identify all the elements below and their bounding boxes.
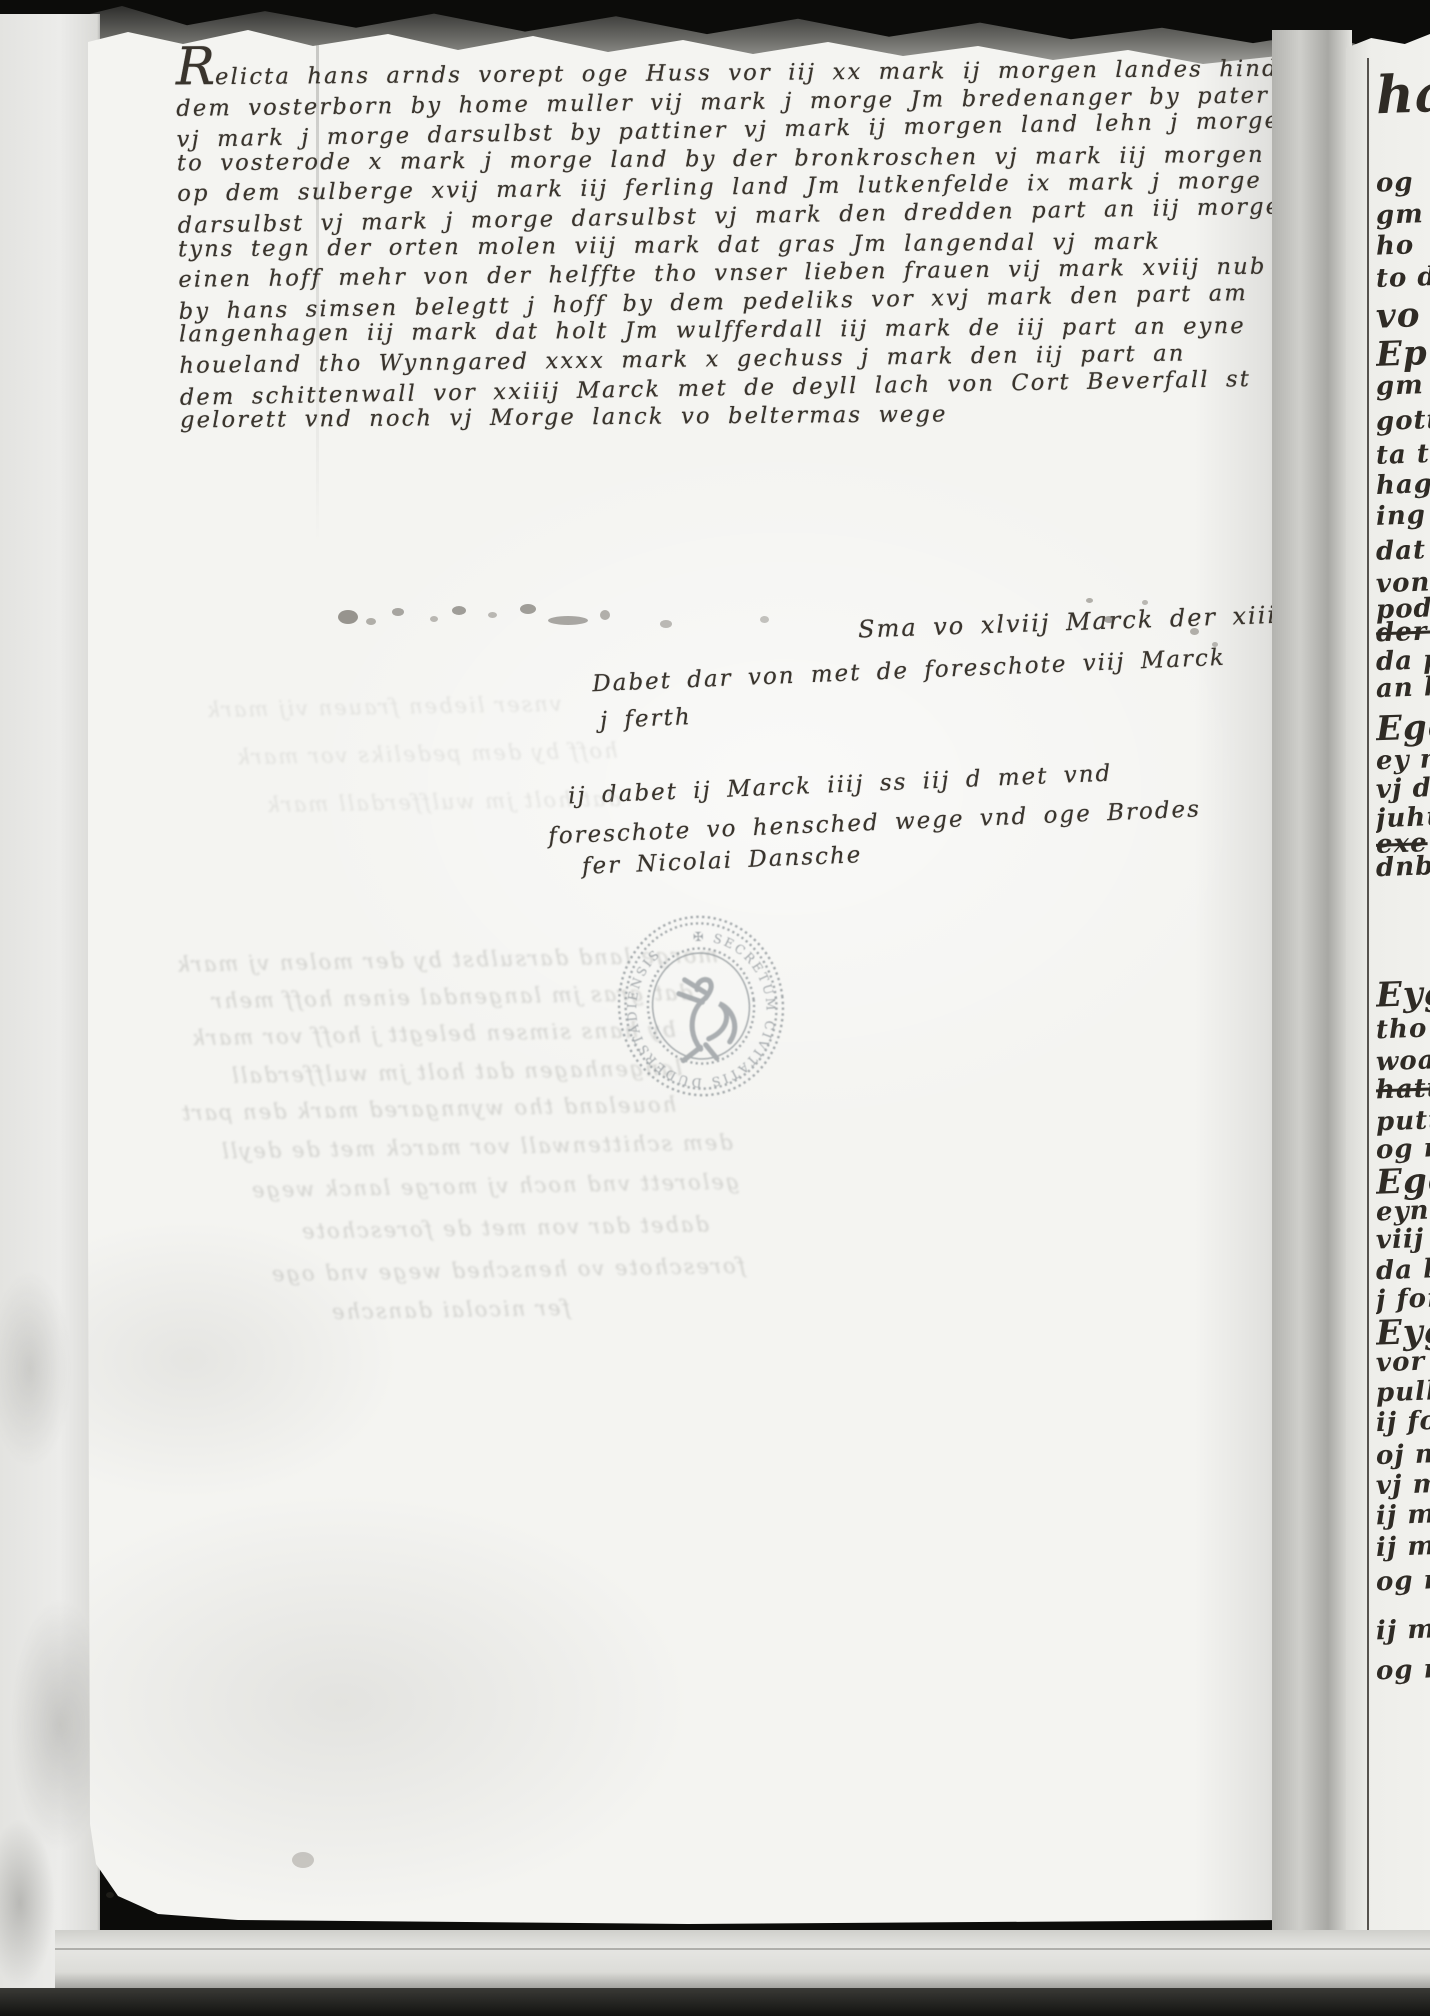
next-folio-line: og m — [1376, 1565, 1430, 1598]
next-folio-line: og — [1376, 167, 1414, 198]
next-folio-line: hag — [1376, 469, 1430, 501]
ink-blob — [1086, 598, 1093, 603]
next-folio-line: vj m — [1376, 1469, 1430, 1501]
next-folio-line: ha — [1376, 63, 1430, 127]
ink-blob — [430, 616, 438, 622]
next-folio-line: pulla — [1376, 1376, 1430, 1409]
bottom-black-edge — [0, 1988, 1430, 2016]
next-folio-line: ij m — [1376, 1531, 1430, 1563]
ink-blob — [452, 606, 466, 615]
bottom-leaf-edges — [55, 1930, 1430, 1990]
bleedthrough-line: fer nicolai dansche — [330, 1296, 571, 1324]
next-folio-line: hatte — [1376, 1073, 1430, 1106]
ink-blob — [548, 616, 588, 625]
next-folio-line: putte — [1376, 1105, 1430, 1138]
seal-lion-icon — [674, 975, 739, 1063]
ink-blob — [106, 1892, 114, 1898]
archival-scan: Relicta hans arnds vorept oge Huss vor i… — [0, 0, 1430, 2016]
ink-blob — [392, 608, 404, 616]
debit1-line2: j ferth — [599, 704, 692, 734]
ink-blob — [366, 618, 376, 625]
next-folio-margin-rule — [1367, 58, 1369, 1932]
next-folio-line: gm — [1376, 199, 1424, 231]
binding-gutter — [1272, 30, 1352, 1988]
next-folio-line: ij fo — [1376, 1406, 1430, 1438]
next-folio-line: ij mo — [1376, 1614, 1430, 1647]
next-folio-line: an h — [1376, 672, 1430, 704]
ink-blob — [520, 604, 536, 614]
next-folio-line: j forb — [1376, 1283, 1430, 1316]
ink-blob — [1142, 600, 1148, 605]
next-folio-line: dnb: — [1376, 851, 1430, 883]
next-folio-line: ing — [1376, 500, 1426, 532]
next-folio-line: dat — [1376, 535, 1427, 567]
next-folio-line: ta t — [1376, 439, 1430, 471]
next-folio-line: Ege — [1376, 707, 1430, 750]
ink-blob — [760, 616, 769, 623]
next-folio-line: ho — [1376, 230, 1415, 261]
next-folio-line: ey m — [1376, 744, 1430, 777]
city-seal-stamp: ✠ SECRETUM CIVITATIS DUDERSTADIENSIS — [596, 891, 806, 1120]
next-folio-line: vj d — [1376, 773, 1430, 805]
ink-blob — [338, 610, 358, 624]
next-folio-line: viij m — [1376, 1222, 1430, 1255]
next-folio-line: vo — [1376, 295, 1421, 337]
next-folio-line: da lo — [1376, 1254, 1430, 1287]
next-folio-line: tho v — [1376, 1013, 1430, 1046]
main-text-block: Relicta hans arnds vorept oge Huss vor i… — [176, 51, 1300, 437]
next-folio-line: oj m — [1376, 1439, 1430, 1471]
ink-blob — [660, 620, 672, 628]
ink-blob — [600, 610, 610, 620]
next-folio-line: der b — [1376, 616, 1430, 649]
ink-blob — [292, 1852, 314, 1868]
next-folio-line: vor b — [1376, 1346, 1430, 1379]
ink-blob — [1104, 616, 1114, 623]
next-folio-line: woad — [1376, 1045, 1430, 1078]
next-folio-line: Ep — [1376, 333, 1428, 375]
next-folio-line: gm — [1376, 370, 1424, 402]
next-folio-line: gott — [1376, 405, 1430, 437]
next-folio-text-column: haoggmhoto dvoEpgmgottta thagingdatvon f… — [1376, 0, 1430, 2016]
seal-legend-text: ✠ SECRETUM CIVITATIS DUDERSTADIENSIS — [615, 920, 788, 1100]
next-folio-line: og m — [1376, 1654, 1430, 1687]
next-folio-line: Eyge — [1376, 972, 1430, 1015]
next-folio-line: to d — [1376, 262, 1430, 294]
ink-blob — [1212, 642, 1218, 647]
next-folio-line: ij mo — [1376, 1499, 1430, 1532]
ink-blob — [488, 612, 497, 618]
next-folio-line: eyn n — [1376, 1195, 1430, 1228]
underlying-leaf-left-edge — [0, 14, 100, 1992]
ink-blob — [1190, 628, 1199, 635]
